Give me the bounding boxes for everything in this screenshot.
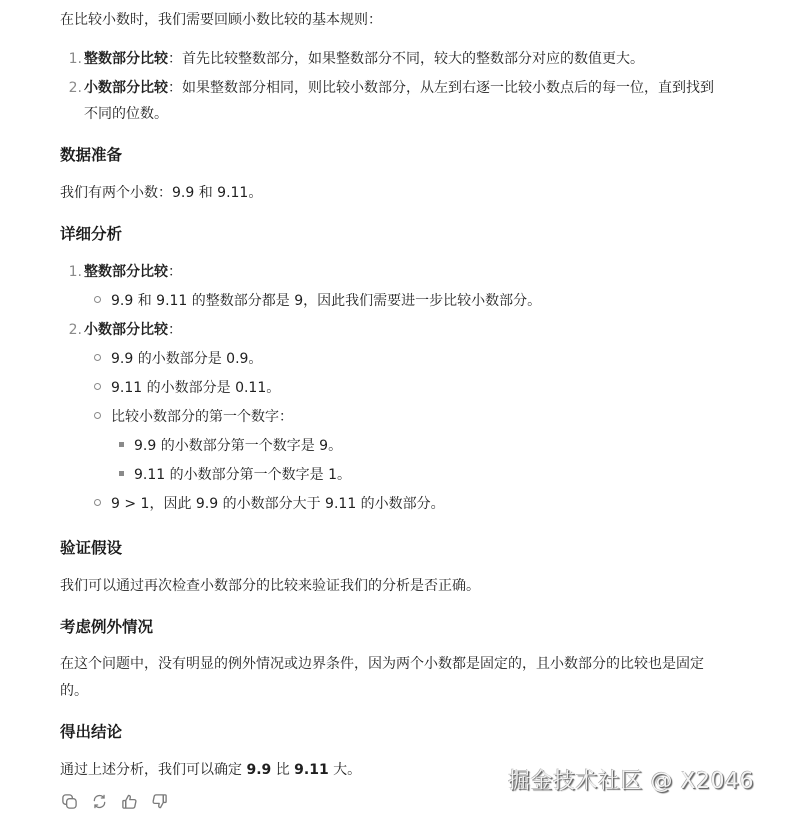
analysis-subitem: 比较小数部分的第一个数字： — [94, 407, 293, 427]
section-heading-analysis: 详细分析 — [60, 224, 122, 244]
section-heading-verify: 验证假设 — [60, 538, 122, 558]
list-number: 1. — [58, 49, 82, 69]
exceptions-body-line-2: 的。 — [60, 681, 88, 701]
circle-bullet-icon — [94, 383, 101, 390]
rule-item-2: 2.小数部分比较：如果整数部分相同，则比较小数部分，从左到右逐一比较小数点后的每… — [58, 78, 714, 98]
subitem-text: 9.9 和 9.11 的整数部分都是 9，因此我们需要进一步比较小数部分。 — [111, 293, 541, 309]
circle-bullet-icon — [94, 412, 101, 419]
exceptions-body-line-1: 在这个问题中，没有明显的例外情况或边界条件，因为两个小数都是固定的，且小数部分的… — [60, 654, 704, 674]
analysis-subitem: 9.9 的小数部分是 0.9。 — [94, 349, 262, 369]
subitem-text: 9.9 的小数部分是 0.9。 — [111, 351, 262, 367]
section-heading-exceptions: 考虑例外情况 — [60, 617, 153, 637]
circle-bullet-icon — [94, 296, 101, 303]
analysis-subitem: 9.11 的小数部分是 0.11。 — [94, 378, 280, 398]
verify-body: 我们可以通过再次检查小数部分的比较来验证我们的分析是否正确。 — [60, 576, 480, 596]
conclusion-prefix: 通过上述分析，我们可以确定 — [60, 762, 246, 778]
subitem-text: 9.11 的小数部分是 0.11。 — [111, 380, 280, 396]
analysis-suffix: ： — [168, 264, 182, 280]
subsubitem-text: 9.9 的小数部分第一个数字是 9。 — [134, 438, 342, 454]
section-heading-data-prep: 数据准备 — [60, 145, 122, 165]
analysis-subitem: 9.9 和 9.11 的整数部分都是 9，因此我们需要进一步比较小数部分。 — [94, 291, 541, 311]
section-heading-conclusion: 得出结论 — [60, 722, 122, 742]
dislike-button[interactable] — [150, 792, 168, 810]
conclusion-suffix: 大。 — [329, 762, 361, 778]
subitem-text: 9 > 1，因此 9.9 的小数部分大于 9.11 的小数部分。 — [111, 496, 445, 512]
conclusion-value-b: 9.11 — [294, 762, 329, 778]
analysis-label: 小数部分比较 — [84, 322, 168, 338]
analysis-item-2: 2.小数部分比较： — [58, 320, 182, 340]
circle-bullet-icon — [94, 499, 101, 506]
rule-text: ：如果整数部分相同，则比较小数部分，从左到右逐一比较小数点后的每一位，直到找到 — [168, 80, 714, 96]
data-prep-body: 我们有两个小数：9.9 和 9.11。 — [60, 183, 262, 203]
conclusion-value-a: 9.9 — [246, 762, 271, 778]
analysis-item-1: 1.整数部分比较： — [58, 262, 182, 282]
list-number: 2. — [58, 78, 82, 98]
analysis-subitem: 9 > 1，因此 9.9 的小数部分大于 9.11 的小数部分。 — [94, 494, 445, 514]
square-bullet-icon — [119, 471, 124, 476]
refresh-icon — [91, 793, 108, 810]
circle-bullet-icon — [94, 354, 101, 361]
subitem-text: 比较小数部分的第一个数字： — [111, 409, 293, 425]
thumbs-down-icon — [151, 793, 168, 810]
rule-label: 小数部分比较 — [84, 80, 168, 96]
thumbs-up-icon — [121, 793, 138, 810]
regenerate-button[interactable] — [90, 792, 108, 810]
rule-item-1: 1.整数部分比较：首先比较整数部分，如果整数部分不同，较大的整数部分对应的数值更… — [58, 49, 644, 69]
like-button[interactable] — [120, 792, 138, 810]
conclusion-mid: 比 — [271, 762, 294, 778]
copy-icon — [61, 793, 78, 810]
analysis-suffix: ： — [168, 322, 182, 338]
list-number: 1. — [58, 262, 82, 282]
rule-item-2-continuation: 不同的位数。 — [84, 104, 168, 124]
list-number: 2. — [58, 320, 82, 340]
analysis-subsubitem: 9.9 的小数部分第一个数字是 9。 — [119, 436, 342, 456]
square-bullet-icon — [119, 442, 124, 447]
subsubitem-text: 9.11 的小数部分第一个数字是 1。 — [134, 467, 351, 483]
intro-text: 在比较小数时，我们需要回顾小数比较的基本规则： — [60, 10, 382, 30]
copy-button[interactable] — [60, 792, 78, 810]
conclusion-body: 通过上述分析，我们可以确定 9.9 比 9.11 大。 — [60, 760, 361, 780]
rule-text: ：首先比较整数部分，如果整数部分不同，较大的整数部分对应的数值更大。 — [168, 51, 644, 67]
rule-label: 整数部分比较 — [84, 51, 168, 67]
analysis-subsubitem: 9.11 的小数部分第一个数字是 1。 — [119, 465, 351, 485]
response-actions — [60, 792, 168, 810]
analysis-label: 整数部分比较 — [84, 264, 168, 280]
watermark: 掘金技术社区 @ X2046 — [508, 764, 754, 795]
